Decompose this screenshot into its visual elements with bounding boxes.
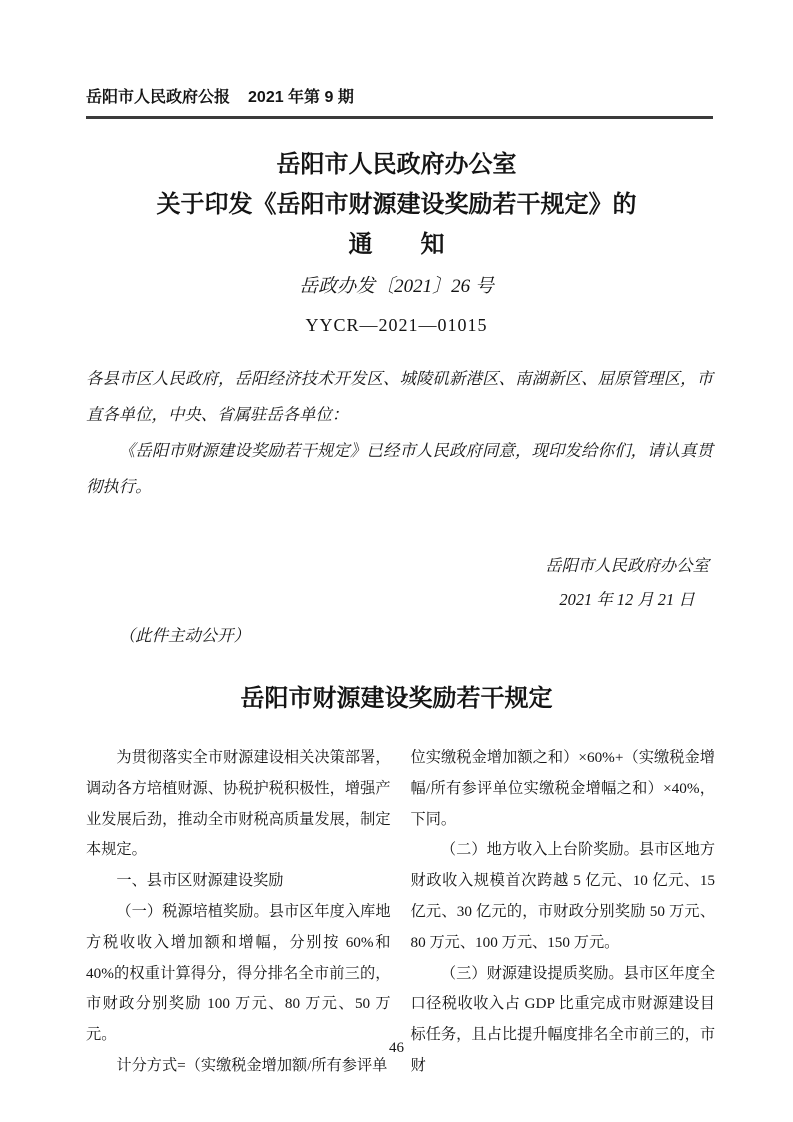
paragraph-continuation: 位实缴税金增加额之和）×60%+（实缴税金增幅/所有参评单位实缴税金增幅之和）×… [411,743,716,835]
regulation-columns: 为贯彻落实全市财源建设相关决策部署，调动各方培植财源、协税护税积极性，增强产业发… [86,743,715,1082]
paragraph: （二）地方收入上台阶奖励。县市区地方财政收入规模首次跨越 5 亿元、10 亿元、… [411,835,716,958]
masthead: 岳阳市人民政府公报2021 年第 9 期 [86,88,713,108]
paragraph: （三）财源建设提质奖励。县市区年度全口径税收收入占 GDP 比重完成市财源建设目… [411,959,716,1082]
disclosure-note: （此件主动公开） [86,619,793,653]
body-paragraph: 《岳阳市财源建设奖励若干规定》已经市人民政府同意，现印发给你们，请认真贯彻执行。 [86,433,713,505]
notice-body: 各县市区人民政府，岳阳经济技术开发区、城陵矶新港区、南湖新区、屈原管理区，市直各… [86,361,713,505]
notice-title: 岳阳市人民政府办公室 关于印发《岳阳市财源建设奖励若干规定》的 通 知 [0,145,793,265]
notice-title-line1: 岳阳市人民政府办公室 [0,145,793,185]
journal-title: 岳阳市人民政府公报 [86,89,230,106]
paragraph: （一）税源培植奖励。县市区年度入库地方税收收入增加额和增幅，分别按 60%和 4… [86,897,391,1051]
paragraph: 一、县市区财源建设奖励 [86,866,391,897]
salutation-paragraph: 各县市区人民政府，岳阳经济技术开发区、城陵矶新港区、南湖新区、屈原管理区，市直各… [86,361,713,433]
regulation-column-left: 为贯彻落实全市财源建设相关决策部署，调动各方培植财源、协税护税积极性，增强产业发… [86,743,391,1082]
regulation-column-right: 位实缴税金增加额之和）×60%+（实缴税金增幅/所有参评单位实缴税金增幅之和）×… [411,743,716,1082]
notice-title-line2: 关于印发《岳阳市财源建设奖励若干规定》的 [0,185,793,225]
gazette-page: 岳阳市人民政府公报2021 年第 9 期 岳阳市人民政府办公室 关于印发《岳阳市… [0,0,793,1122]
signature-date: 2021 年 12 月 21 日 [545,583,709,617]
regulation-title: 岳阳市财源建设奖励若干规定 [0,683,793,715]
signer-name: 岳阳市人民政府办公室 [545,549,709,583]
masthead-rule [86,116,713,119]
notice-title-line3: 通 知 [0,225,793,265]
archive-code: YYCR—2021—01015 [0,313,793,337]
page-number: 46 [0,1038,793,1058]
issue-label: 2021 年第 9 期 [248,89,354,106]
signature-block: 岳阳市人民政府办公室 2021 年 12 月 21 日 [0,549,709,617]
paragraph: 为贯彻落实全市财源建设相关决策部署，调动各方培植财源、协税护税积极性，增强产业发… [86,743,391,866]
document-number: 岳政办发〔2021〕26 号 [0,273,793,300]
